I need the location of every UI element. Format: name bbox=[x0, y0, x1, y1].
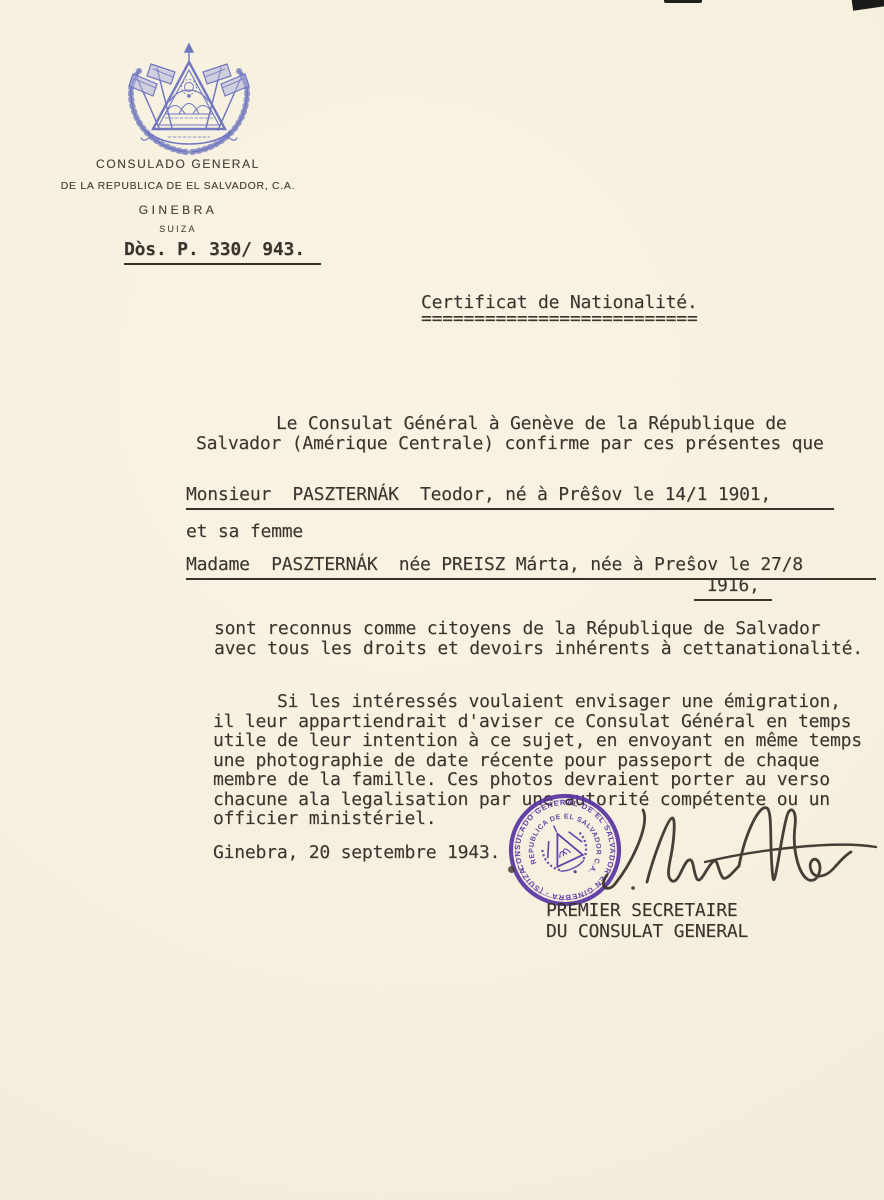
official-signature bbox=[575, 792, 884, 912]
certificate-title-underline: ========================== bbox=[421, 309, 698, 329]
text-line: Si les intéressés voulaient envisager un… bbox=[213, 692, 875, 712]
monsieur-line: Monsieur PASZTERNÁK Teodor, né à Prêŝov … bbox=[186, 485, 834, 510]
consulate-name-line2: DE LA REPUBLICA DE EL SALVADOR, C.A. bbox=[25, 180, 331, 192]
text-line: PREMIER SECRETAIRE bbox=[546, 901, 748, 921]
scan-artifact-corner bbox=[851, 0, 884, 11]
consulate-country: SUIZA bbox=[25, 224, 331, 234]
text-line: Salvador (Amérique Centrale) confirme pa… bbox=[196, 434, 856, 454]
reference-number: Dòs. P. 330/ 943. bbox=[124, 240, 321, 265]
spouse-connector: et sa femme bbox=[186, 522, 303, 542]
el-salvador-coat-of-arms-icon bbox=[118, 38, 260, 160]
madame-line: Madame PASZTERNÁK née PREISZ Márta, née … bbox=[186, 555, 876, 580]
text-line: il leur appartiendrait d'aviser ce Consu… bbox=[213, 712, 875, 732]
signer-title-block: PREMIER SECRETAIREDU CONSULAT GENERAL bbox=[546, 901, 748, 943]
intro-paragraph: Le Consulat Général à Genève de la Répub… bbox=[196, 414, 856, 453]
date-line: Ginebra, 20 septembre 1943. bbox=[213, 843, 500, 863]
text-line: une photographie de date récente pour pa… bbox=[213, 751, 875, 771]
ink-speck bbox=[508, 866, 515, 873]
text-line: Le Consulat Général à Genève de la Répub… bbox=[196, 414, 856, 434]
text-line: sont reconnus comme citoyens de la Répub… bbox=[214, 619, 876, 639]
consulate-name-line1: CONSULADO GENERAL bbox=[25, 157, 331, 171]
madame-line-continuation: 1916, bbox=[694, 576, 772, 601]
certificate-page: CONSULADO GENERAL DE LA REPUBLICA DE EL … bbox=[0, 0, 884, 1200]
consulate-city: GINEBRA bbox=[25, 203, 331, 217]
scan-artifact bbox=[664, 0, 702, 3]
text-line: utile de leur intention à ce sujet, en e… bbox=[213, 731, 875, 751]
text-line: avec tous les droits et devoirs inhérent… bbox=[214, 639, 876, 659]
text-line: DU CONSULAT GENERAL bbox=[546, 922, 748, 942]
recognition-paragraph: sont reconnus comme citoyens de la Répub… bbox=[214, 619, 876, 658]
